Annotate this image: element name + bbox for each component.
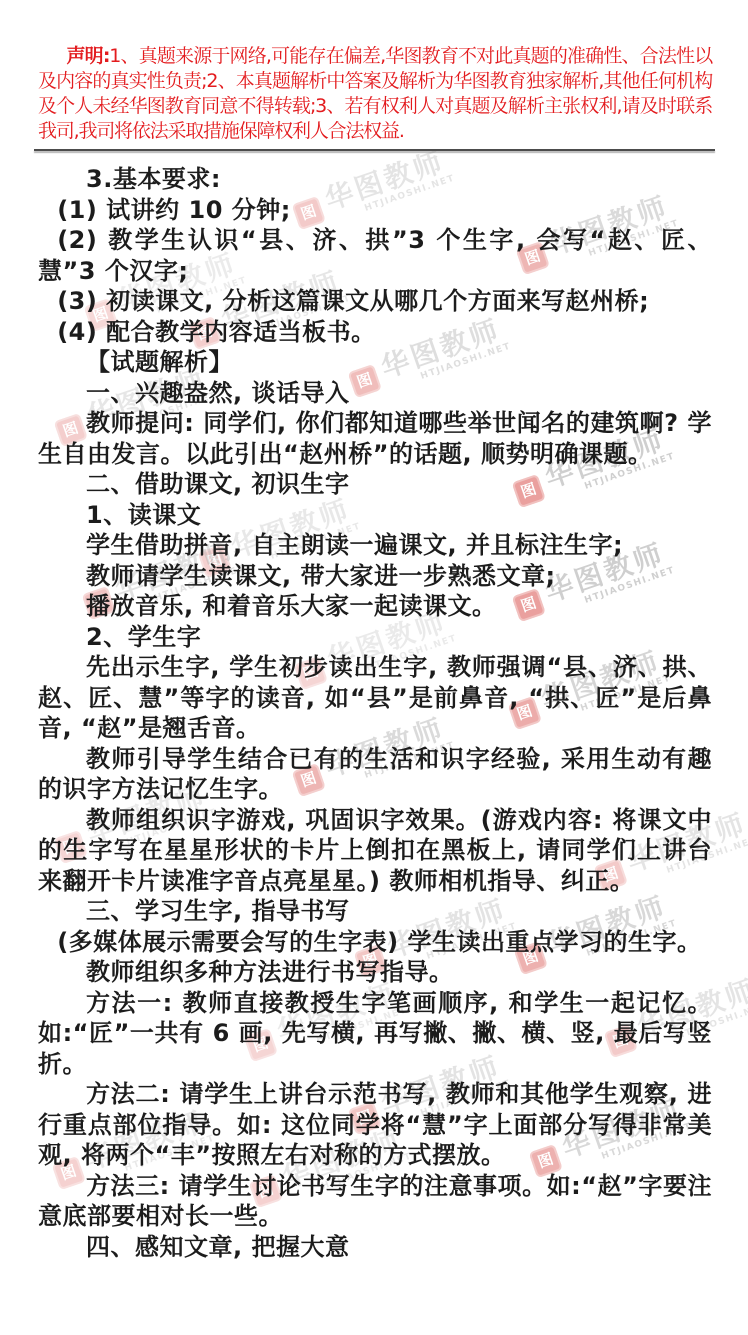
disclaimer-text: 1、真题来源于网络,可能存在偏差,华图教育不对此真题的准确性、合法性以及内容的真… [38, 45, 712, 142]
paragraph: 先出示生字, 学生初步读出生字, 教师强调“县、济、拱、赵、匠、慧”等字的读音,… [38, 652, 712, 744]
paragraph: 教师请学生读课文, 带大家进一步熟悉文章; [38, 561, 712, 592]
paragraph: 教师组织多种方法进行书写指导。 [38, 957, 712, 988]
paragraph: 一、兴趣盎然, 谈话导入 [38, 378, 712, 409]
document-sheet: 图 华图教师 HTJIAOSHI.NET 图 华图教师 HTJIAOSHI.NE… [0, 0, 748, 1335]
paragraph: 三、学习生字, 指导书写 [38, 896, 712, 927]
paragraph: 教师引导学生结合已有的生活和识字经验, 采用生动有趣的识字方法记忆生字。 [38, 744, 712, 805]
paragraph: 四、感知文章, 把握大意 [38, 1232, 712, 1263]
paragraph: 教师提问: 同学们, 你们都知道哪些举世闻名的建筑啊? 学生自由发言。以此引出“… [38, 408, 712, 469]
paragraph: (1) 试讲约 10 分钟; [38, 195, 712, 226]
document-body: 3.基本要求:(1) 试讲约 10 分钟;(2) 教学生认识“县、济、拱”3 个… [38, 164, 712, 1262]
paragraph: 【试题解析】 [38, 347, 712, 378]
paragraph: 播放音乐, 和着音乐大家一起读课文。 [38, 591, 712, 622]
paragraph: 2、学生字 [38, 622, 712, 653]
paragraph: 学生借助拼音, 自主朗读一遍课文, 并且标注生字; [38, 530, 712, 561]
paragraph: 方法二: 请学生上讲台示范书写, 教师和其他学生观察, 进行重点部位指导。如: … [38, 1079, 712, 1171]
paragraph: (3) 初读课文, 分析这篇课文从哪几个方面来写赵州桥; [38, 286, 712, 317]
paragraph: 3.基本要求: [38, 164, 712, 195]
page: { "colors": { "disclaimer_red": "#e31b1e… [0, 0, 748, 1335]
disclaimer: 声明:1、真题来源于网络,可能存在偏差,华图教育不对此真题的准确性、合法性以及内… [38, 44, 712, 144]
paragraph: 1、读课文 [38, 500, 712, 531]
paragraph: 方法一: 教师直接教授生字笔画顺序, 和学生一起记忆。如:“匠”一共有 6 画,… [38, 988, 712, 1080]
paragraph: (多媒体展示需要会写的生字表) 学生读出重点学习的生字。 [38, 927, 712, 958]
paragraph: (4) 配合教学内容适当板书。 [38, 317, 712, 348]
paragraph: 教师组织识字游戏, 巩固识字效果。(游戏内容: 将课文中的生字写在星星形状的卡片… [38, 805, 712, 897]
disclaimer-label: 声明: [67, 45, 110, 67]
paragraph: (2) 教学生认识“县、济、拱”3 个生字, 会写“赵、匠、慧”3 个汉字; [38, 225, 712, 286]
paragraph: 二、借助课文, 初识生字 [38, 469, 712, 500]
paragraph: 方法三: 请学生讨论书写生字的注意事项。如:“赵”字要注意底部要相对长一些。 [38, 1171, 712, 1232]
section-divider [34, 149, 715, 151]
